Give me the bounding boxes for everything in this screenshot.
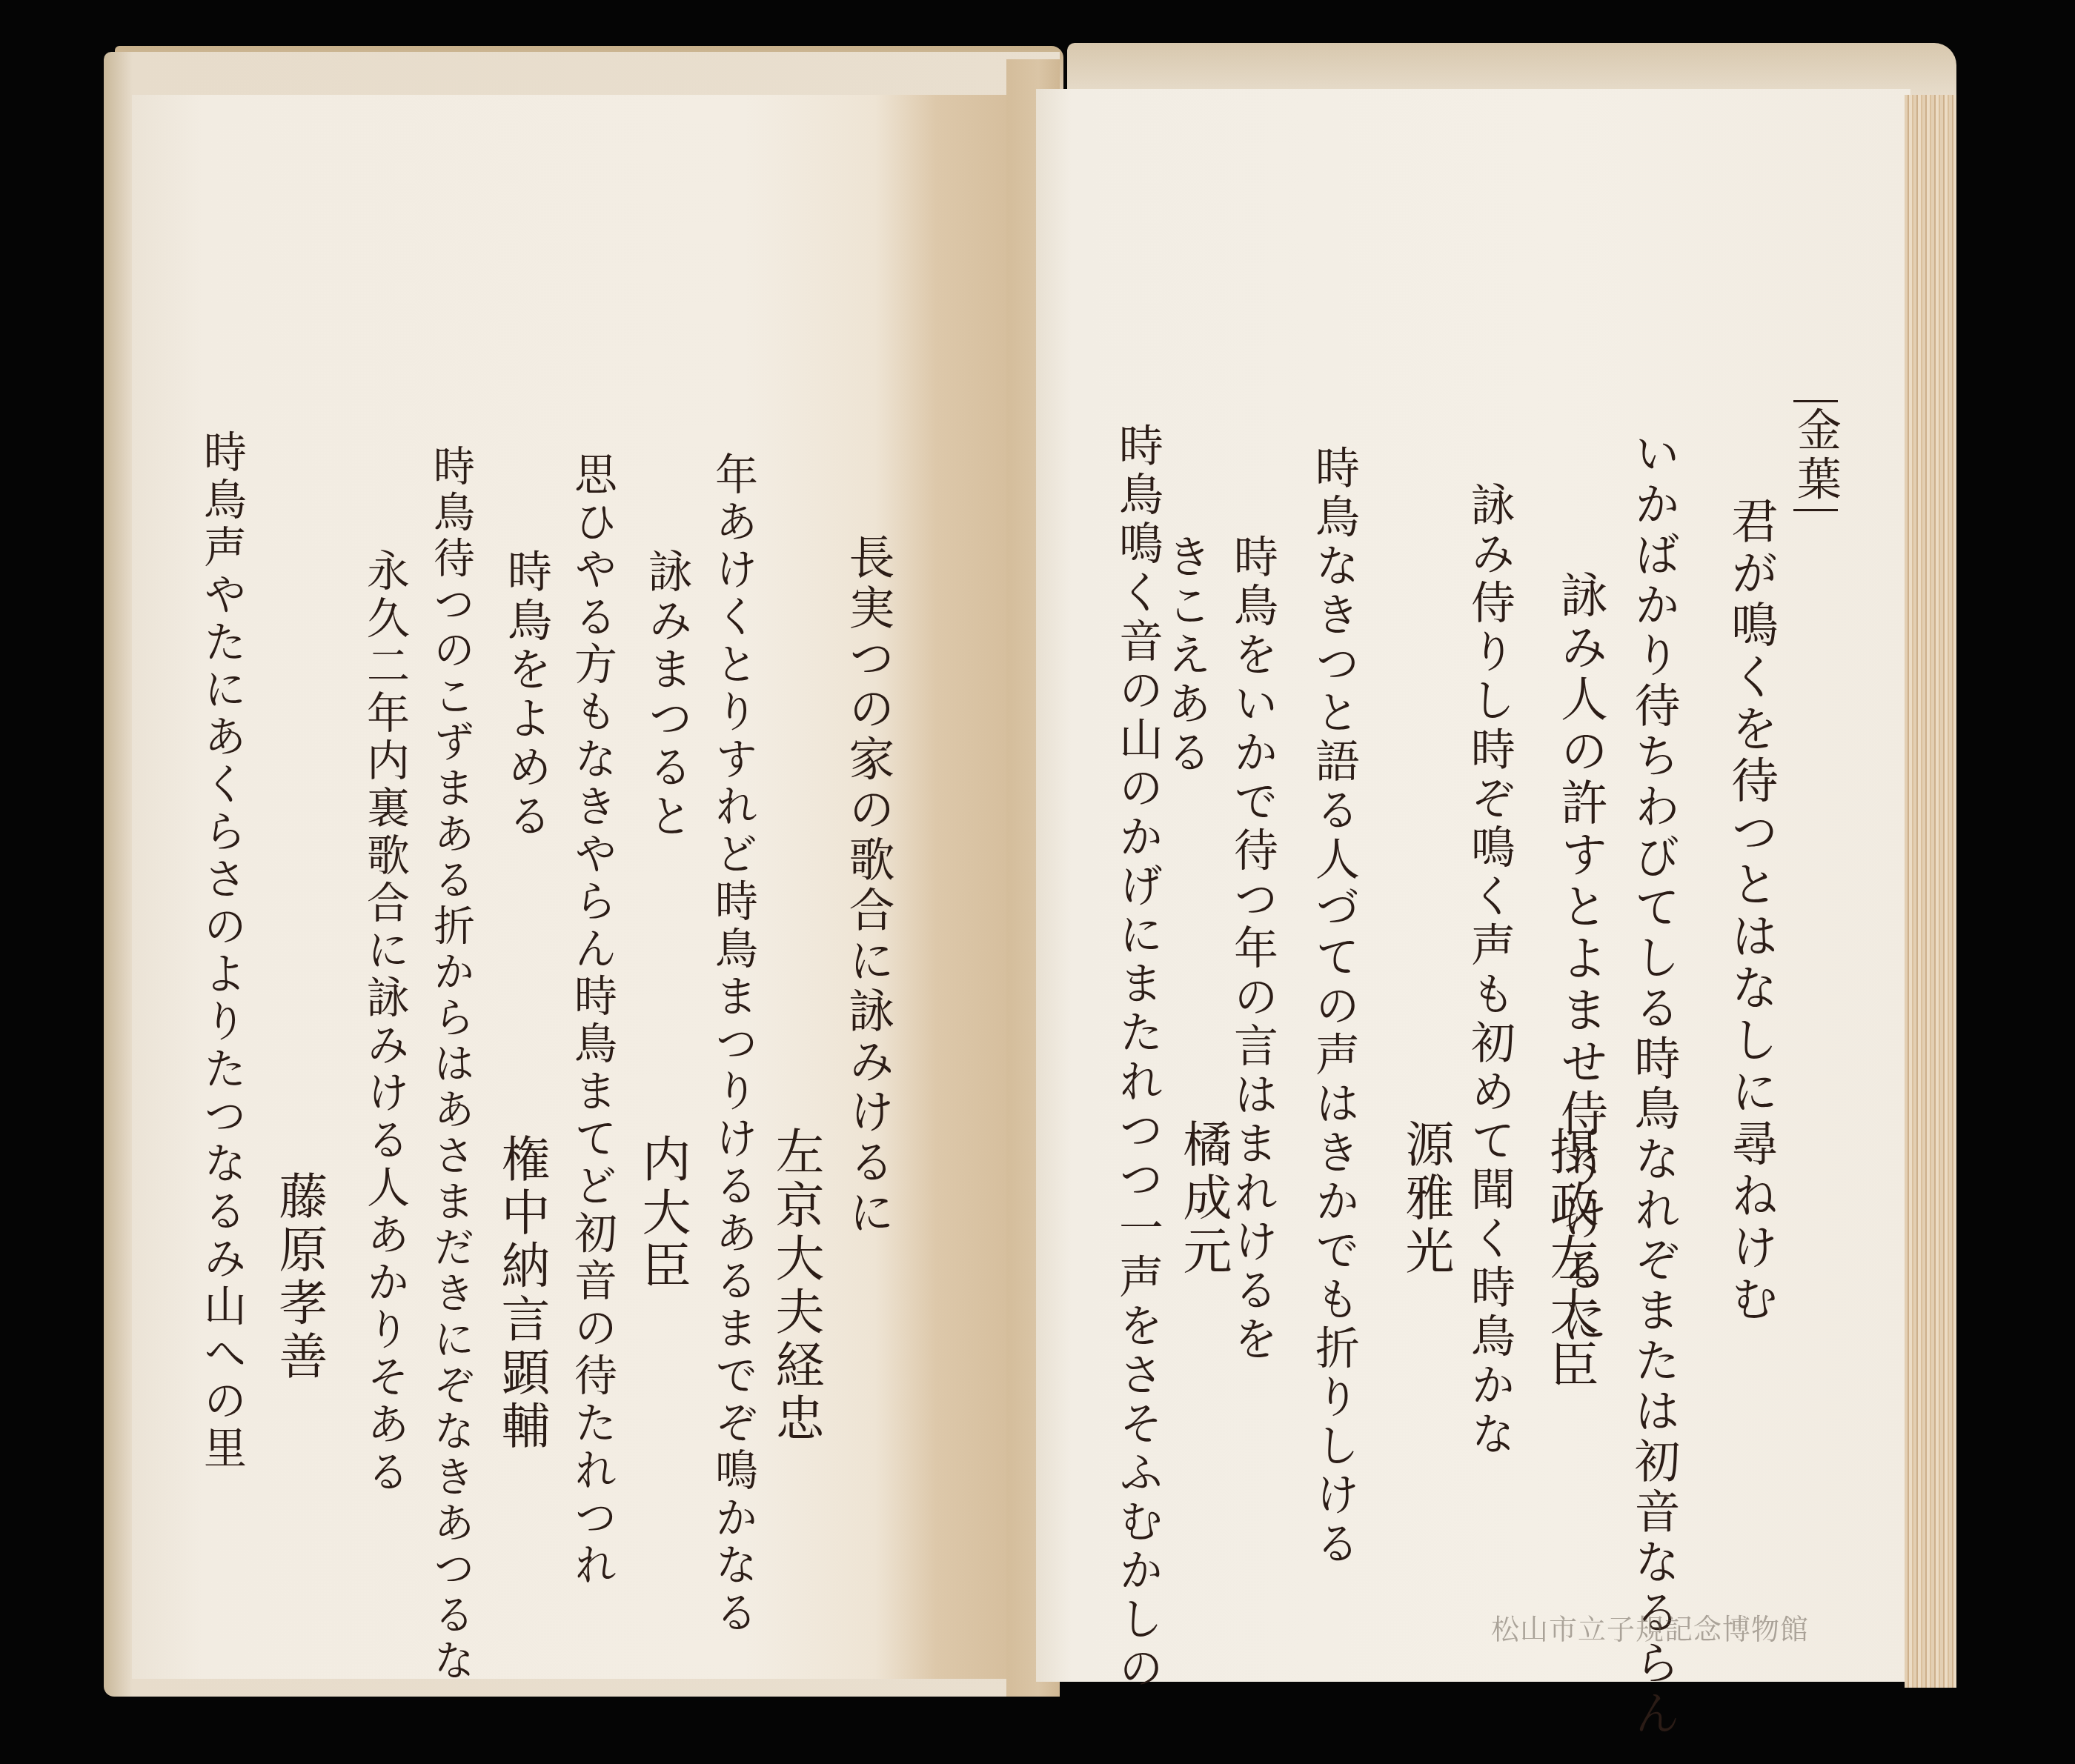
right-column-1: 君が鳴くを待つとはなしに尋ねけむ bbox=[1727, 496, 1774, 1326]
section-heading: 金葉 bbox=[1793, 400, 1838, 511]
left-author-2: 内大臣 bbox=[637, 1134, 686, 1294]
right-column-8: 時鳥鳴く音の山のかげにまたれつつ一声をさそふむかしの bbox=[1115, 422, 1160, 1694]
left-author-3: 権中納言顕輔 bbox=[497, 1134, 545, 1454]
left-author-1: 左京大夫経忠 bbox=[771, 1126, 820, 1446]
right-column-2: いかばかり待ちわびてしる時鳥なれぞまたは初音なるらん bbox=[1630, 430, 1676, 1740]
left-column-3: 詠みまつると bbox=[645, 548, 689, 842]
right-column-1-signature: 権中納言 bbox=[1719, 963, 1768, 1176]
right-column-7: きこえある bbox=[1163, 533, 1208, 778]
left-column-7: 永久二年内裏歌合に詠みける人あかりそある bbox=[363, 548, 406, 1497]
museum-watermark: 松山市立子規記念博物館 bbox=[1491, 1606, 1809, 1647]
left-column-8: 時鳥声やたにあくらさのよりたつなるみ山への里 bbox=[200, 430, 243, 1473]
right-column-6: 時鳥をいかで待つ年の言はまれけるを bbox=[1230, 533, 1275, 1365]
left-column-2: 年あけくとりすれど時鳥まつりけるあるまでぞ鳴かなる bbox=[711, 452, 754, 1637]
right-author-3: 橘成元 bbox=[1178, 1119, 1227, 1279]
right-author-1: 摂政左大臣 bbox=[1545, 1126, 1594, 1393]
left-column-5: 時鳥をよめる bbox=[504, 548, 548, 842]
right-column-5: 時鳥なきつと語る人づての声はきかでも折りしける bbox=[1312, 445, 1356, 1569]
left-column-4: 思ひやる方もなきやらん時鳥まてど初音の待たれつれ bbox=[571, 452, 614, 1590]
right-page-fore-edge bbox=[1905, 95, 1956, 1688]
right-column-4: 詠み侍りし時ぞ鳴く声も初めて聞く時鳥かな bbox=[1467, 482, 1512, 1460]
right-author-2: 源雅光 bbox=[1401, 1119, 1450, 1279]
left-column-6: 時鳥待つのこずまある折からはあさまだきにぞなきあつるな bbox=[430, 445, 471, 1685]
left-column-1: 長実つの家の歌合に詠みけるに bbox=[845, 533, 891, 1239]
left-author-4: 藤原孝善 bbox=[274, 1171, 323, 1384]
manuscript-photo: 金葉 君が鳴くを待つとはなしに尋ねけむ 権中納言 いかばかり待ちわびてしる時鳥な… bbox=[0, 0, 2075, 1764]
